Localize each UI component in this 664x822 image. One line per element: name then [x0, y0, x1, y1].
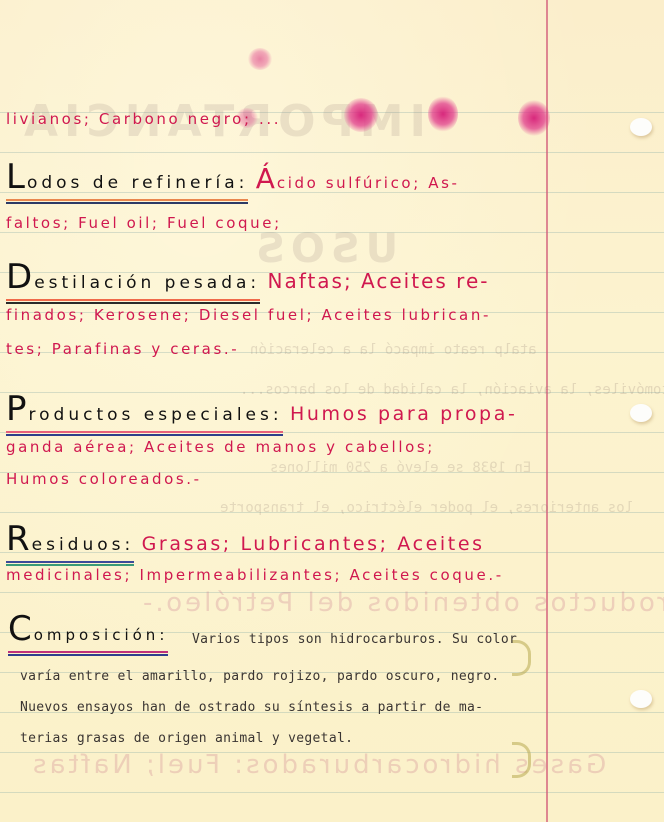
- text-line: faltos; Fuel oil; Fuel coque;: [6, 214, 282, 232]
- bleed-through-typed: los anteriores, el poder eléctrico, el t…: [220, 500, 633, 516]
- typed-line: Nuevos ensayos han de ostrado su síntesi…: [20, 700, 483, 715]
- body-text: cido sulfúrico; As-: [277, 174, 460, 192]
- body-text: medicinales; Impermeabilizantes; Aceites…: [6, 566, 504, 584]
- notebook-page: IMPORTANCIA USOS atalp reato impacó la a…: [0, 0, 664, 822]
- heading-cap: D: [6, 257, 34, 297]
- text-line: tes; Parafinas y ceras.-: [6, 340, 239, 358]
- ink-blot: [518, 100, 550, 136]
- heading-composicion: Composición:: [8, 612, 168, 646]
- heading-rest: esiduos:: [32, 535, 135, 555]
- typed-line: varía entre el amarillo, pardo rojizo, p…: [20, 669, 499, 684]
- heading-productos: Productos especiales:: [6, 392, 283, 426]
- heading-cap: C: [8, 609, 34, 649]
- punch-hole: [630, 404, 652, 422]
- body-text: faltos; Fuel oil; Fuel coque;: [6, 214, 282, 232]
- section-composicion: Composición:: [8, 612, 168, 646]
- section-destilacion: Destilación pesada: Naftas; Aceites re-: [6, 260, 489, 294]
- heading-cap: L: [6, 157, 27, 197]
- body-text: Humos para propa-: [290, 403, 517, 425]
- punch-hole: [630, 118, 652, 136]
- ruled-line: [0, 792, 664, 793]
- heading-lodos: Lodos de refinería:: [6, 160, 248, 194]
- typed-line: terias grasas de origen animal y vegetal…: [20, 731, 353, 746]
- heading-cap: P: [6, 389, 29, 429]
- text-line: medicinales; Impermeabilizantes; Aceites…: [6, 566, 504, 584]
- text-line: finados; Kerosene; Diesel fuel; Aceites …: [6, 306, 491, 324]
- ink-blot: [344, 98, 378, 132]
- body-text: tes; Parafinas y ceras.-: [6, 340, 239, 358]
- body-cap: Á: [256, 162, 277, 195]
- body-text: Grasas; Lubricantes; Aceites: [142, 533, 485, 555]
- ruled-line: [0, 152, 664, 153]
- typed-line: Varios tipos son hidrocarburos. Su color: [192, 632, 517, 647]
- text-line: livianos; Carbono negro; ...: [6, 110, 281, 128]
- heading-rest: estilación pesada:: [34, 273, 260, 293]
- bleed-through-typed: En 1938 se elevó a 250 millones: [270, 460, 531, 476]
- body-text: Naftas; Aceites re-: [268, 269, 490, 293]
- heading-rest: odos de refinería:: [27, 173, 248, 193]
- body-text: Humos coloreados.-: [6, 470, 202, 488]
- bleed-through-handwriting: Productos obtenidos del Petróleo.-: [140, 588, 664, 618]
- body-text: ganda aérea; Aceites de manos y cabellos…: [6, 438, 435, 456]
- heading-residuos: Residuos:: [6, 522, 134, 556]
- section-residuos: Residuos: Grasas; Lubricantes; Aceites: [6, 522, 485, 556]
- body-text: finados; Kerosene; Diesel fuel; Aceites …: [6, 306, 491, 324]
- bleed-through-typed: atalp reato impacó la a celeración: [250, 342, 537, 358]
- heading-cap: R: [6, 519, 32, 559]
- text-line: Humos coloreados.-: [6, 470, 202, 488]
- text-line: ganda aérea; Aceites de manos y cabellos…: [6, 438, 435, 456]
- continuation-text: livianos; Carbono negro; ...: [6, 110, 281, 128]
- section-lodos: Lodos de refinería: Ácido sulfúrico; As-: [6, 160, 460, 195]
- punch-hole: [630, 690, 652, 708]
- heading-rest: omposición:: [34, 626, 169, 644]
- heading-destilacion: Destilación pesada:: [6, 260, 260, 294]
- heading-rest: roductos especiales:: [29, 405, 283, 425]
- section-productos: Productos especiales: Humos para propa-: [6, 392, 517, 426]
- ink-blot: [248, 48, 272, 70]
- ink-blot: [428, 96, 458, 132]
